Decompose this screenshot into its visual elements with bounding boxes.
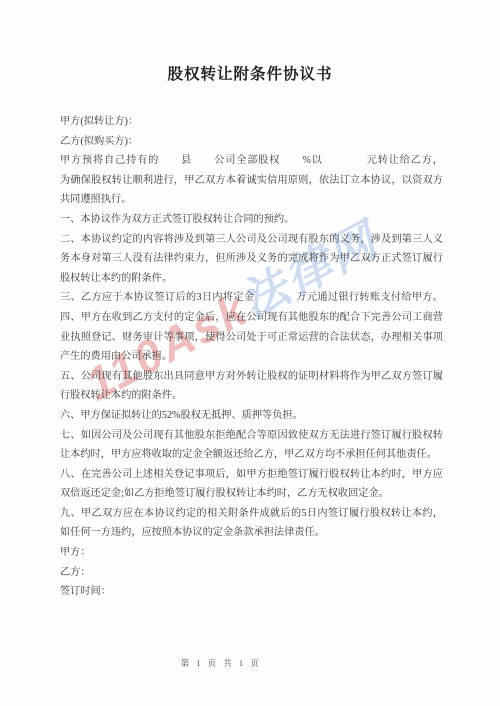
doc-line: 八、在完善公司上述相关登记事项后，如甲方拒绝签订履行股权转让本约时，甲方应 (60, 465, 443, 485)
doc-line: 双倍返还定金;如乙方拒绝签订履行股权转让本约时，乙方无权收回定金。 (60, 484, 443, 504)
doc-line: 四、甲方在收到乙方支付的定金后，应在公司现有其他股东的配合下完善公司工商营 (60, 308, 443, 328)
doc-line: 甲方(拟转让方)： (60, 112, 443, 132)
doc-line: 甲方预将自己持有的 县 公司全部股权 %以 元转让给乙方， (60, 151, 443, 171)
doc-line: 务本身对第三人没有法律约束力，但所涉及义务的完成将作为甲乙双方正式签订履行 (60, 249, 443, 269)
doc-line: 乙方(拟购买方)： (60, 132, 443, 152)
doc-line: 九、甲乙双方应在本协议约定的相关附条件成就后的5日内签订履行股权转让本约， (60, 504, 443, 524)
doc-line: 产生的费用由公司承担。 (60, 347, 443, 367)
doc-line: 二、本协议约定的内容将涉及到第三人公司及公司现有股东的义务，涉及到第三人义 (60, 230, 443, 250)
doc-line: 共同遵照执行。 (60, 190, 443, 210)
page-footer: 第 1 页 共 1 页 (0, 653, 500, 671)
doc-line: 股权转让本约的附条件。 (60, 269, 443, 289)
doc-line: 行股权转让本约的附条件。 (60, 386, 443, 406)
document-page: 110Ask法律网 股权转让附条件协议书 甲方(拟转让方)：乙方(拟购买方)：甲… (0, 0, 500, 706)
document-title: 股权转让附条件协议书 (0, 62, 500, 84)
doc-line: 业执照登记、财务审计等事项，使得公司处于可正常运营的合法状态，办理相关事项 (60, 328, 443, 348)
doc-line: 一、本协议作为双方正式签订股权转让合同的预约。 (60, 210, 443, 230)
doc-line: 乙方： (60, 563, 443, 583)
doc-line: 甲方： (60, 543, 443, 563)
doc-line: 五、公司现有其他股东出具同意甲方对外转让股权的证明材料将作为甲乙双方签订履 (60, 367, 443, 387)
doc-line: 三、乙方应于本协议签订后的3日内将定金 万元通过银行转账支付给甲方。 (60, 288, 443, 308)
doc-line: 为确保股权转让顺利进行，甲乙双方本着诚实信用原则，依法订立本协议，以资双方 (60, 171, 443, 191)
doc-line: 签订时间： (60, 582, 443, 602)
doc-line: 让本约时，甲方应将收取的定金全额返还给乙方，甲乙双方均不承担任何其他责任。 (60, 445, 443, 465)
page-number-label: 第 1 页 共 1 页 (181, 658, 262, 668)
document-body: 甲方(拟转让方)：乙方(拟购买方)：甲方预将自己持有的 县 公司全部股权 %以 … (60, 112, 443, 602)
doc-line: 六、甲方保证拟转让的52%股权无抵押、质押等负担。 (60, 406, 443, 426)
doc-line: 如任何一方违约，应按照本协议的定金条款承担法律责任。 (60, 523, 443, 543)
doc-line: 七、如因公司及公司现有其他股东拒绝配合等原因致使双方无法进行签订履行股权转 (60, 426, 443, 446)
